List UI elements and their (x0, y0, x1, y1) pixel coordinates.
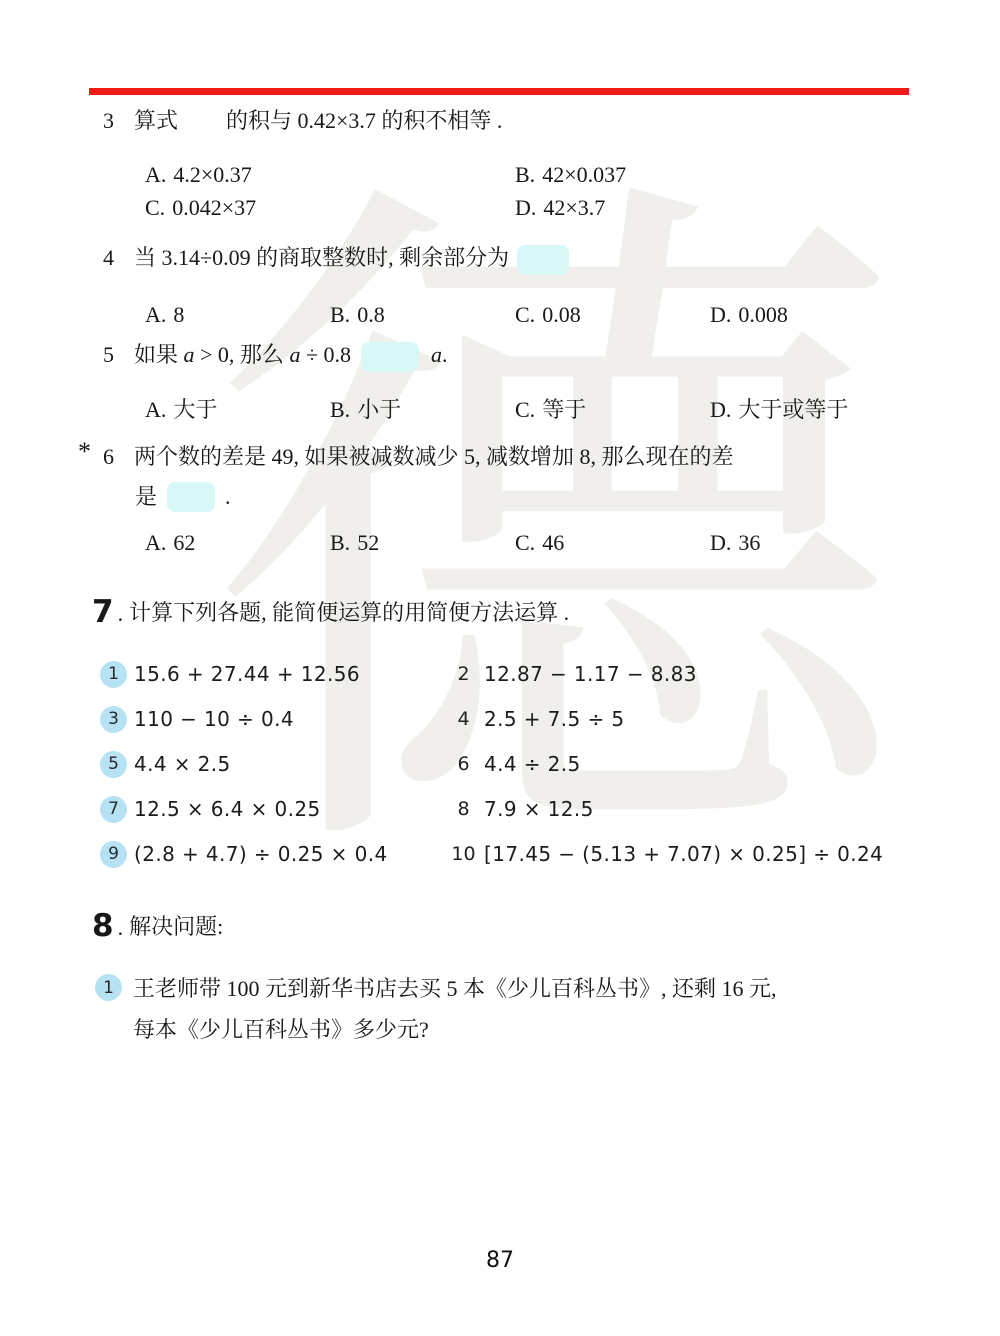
calc-item-5: 5 4.4 × 2.5 (100, 751, 450, 778)
option-b: B.0.8 (330, 300, 385, 330)
expression: 110 − 10 ÷ 0.4 (134, 707, 294, 731)
problem-line-2: 每本《少儿百科丛书》多少元? (133, 1009, 777, 1050)
calc-item-7: 7 12.5 × 6.4 × 0.25 (100, 796, 450, 823)
option-c: C.0.042×37 (145, 193, 256, 223)
q3-options-row-1: A.4.2×0.37 B.42×0.037 (145, 160, 905, 190)
problem-line-1: 王老师带 100 元到新华书店去买 5 本《少儿百科丛书》, 还剩 16 元, (133, 968, 777, 1009)
q3-stem-before: 算式 (134, 108, 178, 133)
calc-item-4: 4 2.5 + 7.5 ÷ 5 (450, 707, 624, 731)
q3-stem-after: 的积与 0.42×3.7 的积不相等 . (226, 108, 502, 133)
question-4-stem: 4 当 3.14÷0.09 的商取整数时, 剩余部分为 (103, 243, 569, 275)
q4-options-row: A.8 B.0.8 C.0.08 D.0.008 (145, 300, 905, 330)
q3-options-row-2: C.0.042×37 D.42×3.7 (145, 193, 905, 223)
question-6-stem: * 6 两个数的差是 49, 如果被减数减少 5, 减数增加 8, 那么现在的差 (78, 442, 734, 472)
q4-answer-blank (517, 245, 569, 275)
question-number: 5 (103, 340, 134, 370)
q5-options-row: A.大于 B.小于 C.等于 D.大于或等于 (145, 395, 945, 425)
q6-line2-pre: 是 (135, 482, 157, 512)
q5-tail: . (442, 342, 448, 367)
item-number-badge: 1 (95, 974, 122, 1001)
option-d: D.大于或等于 (710, 395, 848, 425)
section-dot: . (118, 600, 124, 628)
q5-answer-blank (361, 342, 419, 372)
question-3-stem: 3 算式的积与 0.42×3.7 的积不相等 . (103, 106, 502, 136)
workbook-page: 德 3 算式的积与 0.42×3.7 的积不相等 . A.4.2×0.37 B.… (0, 0, 1000, 1336)
section-7-header: 7 . 计算下列各题, 能简便运算的用简便方法运算 . (92, 596, 569, 628)
calc-item-8: 8 7.9 × 12.5 (450, 797, 594, 821)
section-title: 解决问题: (129, 911, 223, 942)
expression: 7.9 × 12.5 (484, 797, 594, 821)
expression: (2.8 + 4.7) ÷ 0.25 × 0.4 (134, 842, 388, 866)
calc-item-9: 9 (2.8 + 4.7) ÷ 0.25 × 0.4 (100, 841, 450, 868)
variable-a: a (184, 342, 195, 367)
option-d: D.0.008 (710, 300, 788, 330)
calculation-list: 1 15.6 + 27.44 + 12.56 2 12.87 − 1.17 − … (100, 660, 960, 885)
difficulty-star: * (78, 439, 103, 465)
question-6-line2: 是. (135, 482, 231, 512)
item-number: 2 (450, 663, 477, 685)
calc-row-3: 5 4.4 × 2.5 6 4.4 ÷ 2.5 (100, 750, 960, 778)
question-number: 3 (103, 106, 134, 136)
q5-stem-a: 如果 (134, 342, 184, 367)
page-number: 87 (0, 1248, 1000, 1273)
item-number-badge: 3 (100, 706, 127, 733)
q6-options-row: A.62 B.52 C.46 D.36 (145, 528, 905, 558)
option-b: B.42×0.037 (515, 160, 626, 190)
calc-item-2: 2 12.87 − 1.17 − 8.83 (450, 662, 697, 686)
word-problem-1: 1 王老师带 100 元到新华书店去买 5 本《少儿百科丛书》, 还剩 16 元… (95, 968, 777, 1050)
variable-a: a (431, 342, 442, 367)
expression: 15.6 + 27.44 + 12.56 (134, 662, 360, 686)
option-d: D.36 (710, 528, 760, 558)
item-number-badge: 1 (100, 661, 127, 688)
expression: 12.87 − 1.17 − 8.83 (484, 662, 697, 686)
expression: 4.4 × 2.5 (134, 752, 231, 776)
section-dot: . (118, 914, 124, 942)
section-number: 7 (92, 596, 114, 628)
q4-stem-text: 当 3.14÷0.09 的商取整数时, 剩余部分为 (134, 245, 509, 270)
expression: 4.4 ÷ 2.5 (484, 752, 581, 776)
q6-line2-post: . (225, 482, 231, 512)
q6-answer-blank (167, 482, 215, 512)
calc-row-2: 3 110 − 10 ÷ 0.4 4 2.5 + 7.5 ÷ 5 (100, 705, 960, 733)
item-number-badge: 5 (100, 751, 127, 778)
q6-line1: 两个数的差是 49, 如果被减数减少 5, 减数增加 8, 那么现在的差 (134, 442, 734, 472)
item-number-badge: 7 (100, 796, 127, 823)
question-number: 6 (103, 442, 134, 472)
calc-row-4: 7 12.5 × 6.4 × 0.25 8 7.9 × 12.5 (100, 795, 960, 823)
option-d: D.42×3.7 (515, 193, 605, 223)
q5-stem-c: ÷ 0.8 (300, 342, 351, 367)
section-number: 8 (92, 910, 114, 942)
calc-item-3: 3 110 − 10 ÷ 0.4 (100, 706, 450, 733)
item-number-badge: 9 (100, 841, 127, 868)
calc-item-6: 6 4.4 ÷ 2.5 (450, 752, 581, 776)
option-a: A.大于 (145, 395, 217, 425)
top-red-rule (89, 88, 909, 95)
item-number: 10 (450, 843, 477, 865)
expression: 12.5 × 6.4 × 0.25 (134, 797, 321, 821)
option-b: B.小于 (330, 395, 401, 425)
calc-item-10: 10 [17.45 − (5.13 + 7.07) × 0.25] ÷ 0.24 (450, 842, 883, 866)
section-8-header: 8 . 解决问题: (92, 910, 223, 942)
question-5-stem: 5 如果 a > 0, 那么 a ÷ 0.8a. (103, 340, 448, 372)
variable-a: a (289, 342, 300, 367)
calc-row-5: 9 (2.8 + 4.7) ÷ 0.25 × 0.4 10 [17.45 − (… (100, 840, 960, 868)
question-number: 4 (103, 243, 134, 273)
expression: 2.5 + 7.5 ÷ 5 (484, 707, 624, 731)
option-a: A.8 (145, 300, 184, 330)
option-c: C.0.08 (515, 300, 581, 330)
option-c: C.46 (515, 528, 564, 558)
item-number: 6 (450, 753, 477, 775)
item-number: 4 (450, 708, 477, 730)
option-a: A.62 (145, 528, 195, 558)
calc-item-1: 1 15.6 + 27.44 + 12.56 (100, 661, 450, 688)
item-number: 8 (450, 798, 477, 820)
expression: [17.45 − (5.13 + 7.07) × 0.25] ÷ 0.24 (484, 842, 883, 866)
option-b: B.52 (330, 528, 379, 558)
section-title: 计算下列各题, 能简便运算的用简便方法运算 . (129, 597, 569, 628)
q5-stem-b: > 0, 那么 (195, 342, 290, 367)
option-a: A.4.2×0.37 (145, 160, 252, 190)
calc-row-1: 1 15.6 + 27.44 + 12.56 2 12.87 − 1.17 − … (100, 660, 960, 688)
option-c: C.等于 (515, 395, 586, 425)
